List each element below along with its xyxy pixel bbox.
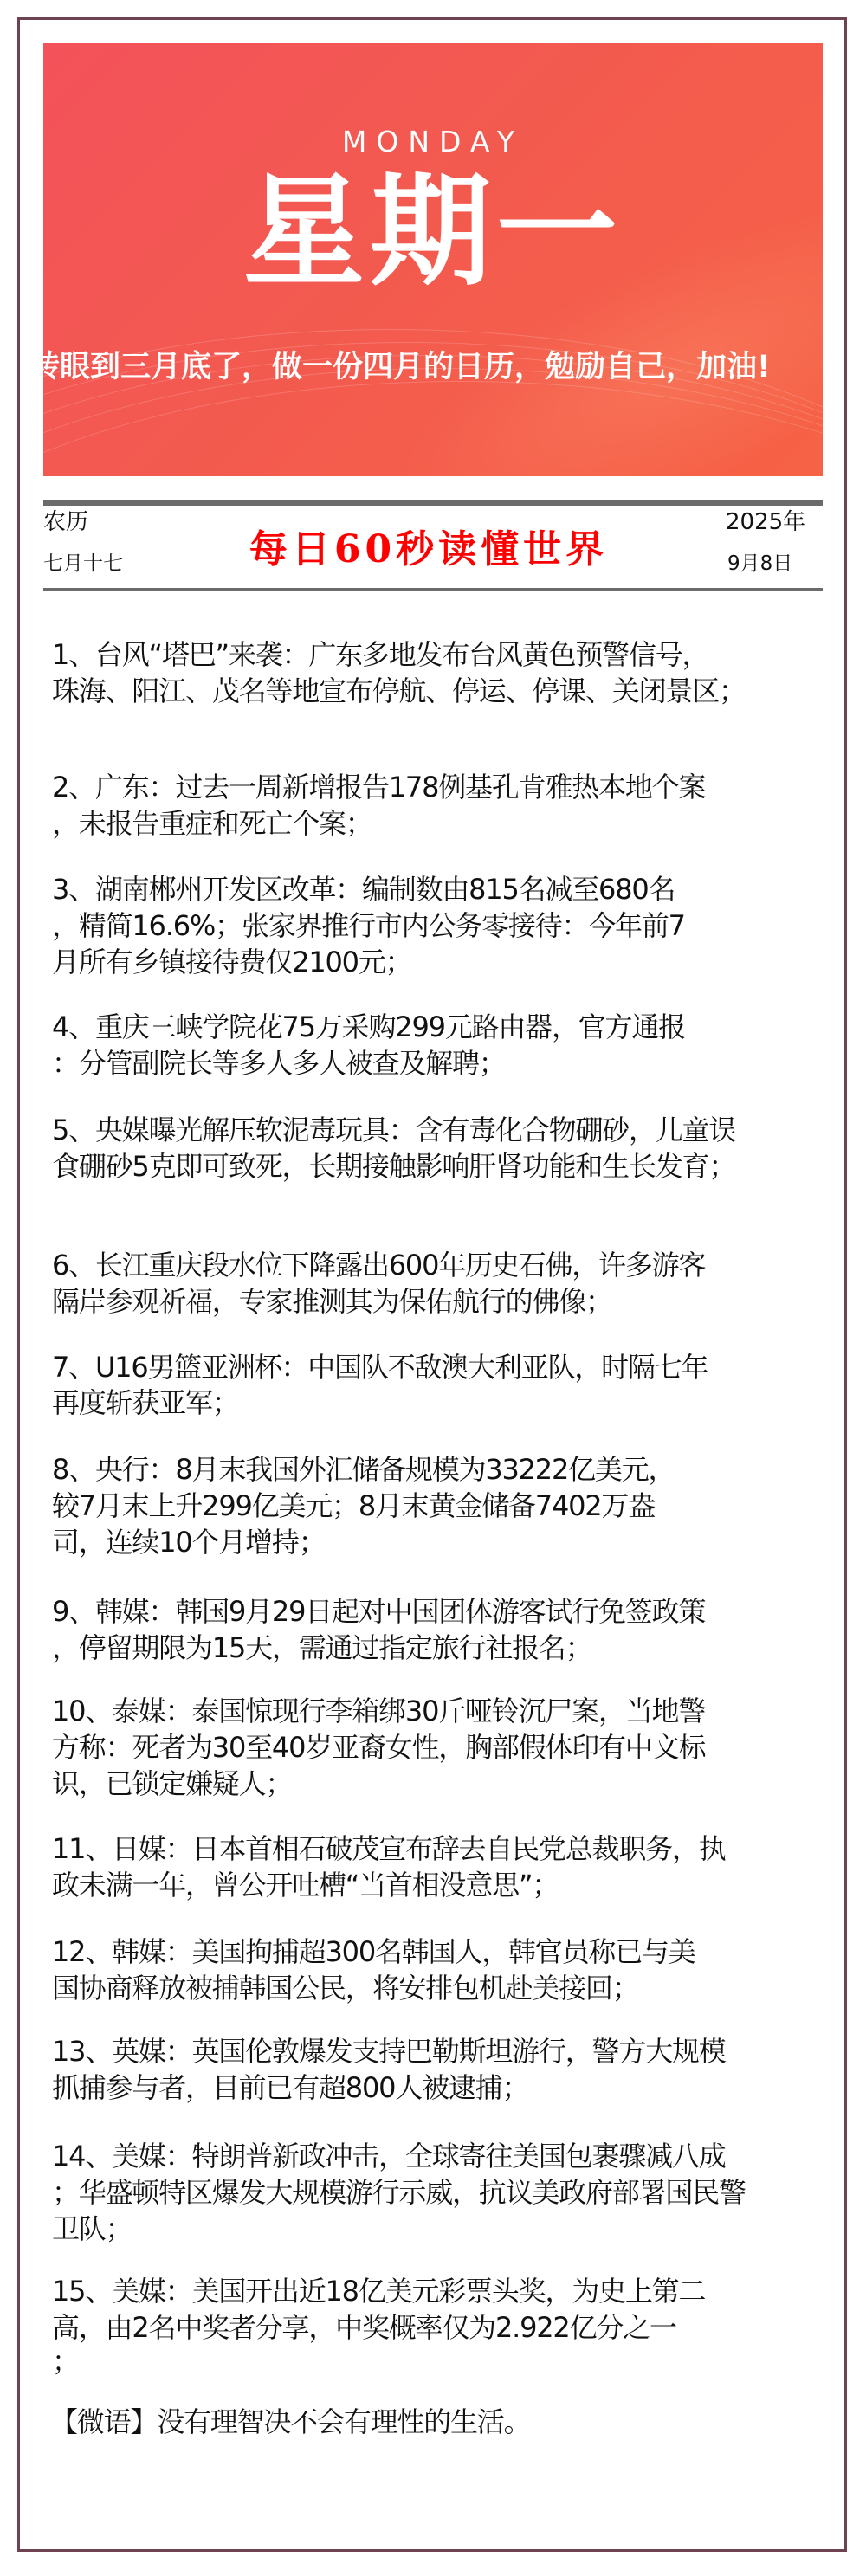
news-item-12-line: 国协商释放被捕韩国公民，将安排包机赴美接回；	[52, 1970, 639, 2006]
news-item-13-line: 13、英媒：英国伦敦爆发支持巴勒斯坦游行，警方大规模	[52, 2033, 726, 2069]
news-item-10-line: 方称：死者为30至40岁亚裔女性，胸部假体印有中文标	[52, 1729, 705, 1766]
weekday-banner: MONDAY 星期一 转眼到三月底了，做一份四月的日历，勉励自己，加油!	[43, 43, 823, 476]
lunar-label: 农历	[43, 509, 88, 535]
news-item-15-line: ；	[52, 2343, 79, 2379]
date-label: 9月8日	[727, 551, 792, 577]
news-item-7-line: 7、U16男篮亚洲杯：中国队不敌澳大利亚队，时隔七年	[52, 1349, 708, 1385]
news-item-12-line: 12、韩媒：美国拘捕超300名韩国人，韩官员称已与美	[52, 1934, 695, 1970]
news-item-15-line: 高，由2名中奖者分享，中奖概率仅为2.922亿分之一	[52, 2309, 676, 2346]
news-item-6-line: 隔岸参观祈福，专家推测其为保佑航行的佛像；	[52, 1283, 612, 1320]
news-item-9-line: 9、韩媒：韩国9月29日起对中国团体游客试行免签政策	[52, 1593, 705, 1630]
page-title: 每日60秒读懂世界	[227, 524, 630, 576]
news-item-8-line: 8、央行：8月末我国外汇储备规模为33222亿美元，	[52, 1451, 675, 1488]
news-item-8-line: 司，连续10个月增持；	[52, 1524, 326, 1560]
lunar-date: 七月十七	[43, 551, 123, 577]
news-item-14-line: 卫队；	[52, 2211, 132, 2247]
news-item-13-line: 抓捕参与者，目前已有超800人被逮捕；	[52, 2069, 528, 2106]
news-item-15-line: 15、美媒：美国开出近18亿美元彩票头奖，为史上第二	[52, 2273, 705, 2309]
news-item-2-line: ，未报告重症和死亡个案；	[52, 805, 372, 842]
news-item-10-line: 10、泰媒：泰国惊现行李箱绑30斤哑铃沉尸案，当地警	[52, 1693, 705, 1729]
news-item-5-line: 食硼砂5克即可致死，长期接触影响肝肾功能和生长发育；	[52, 1148, 735, 1185]
news-item-11-line: 政未满一年，曾公开吐槽“当首相没意思”；	[52, 1867, 559, 1903]
news-item-11-line: 11、日媒：日本首相石破茂宣布辞去自民党总裁职务，执	[52, 1830, 726, 1867]
news-item-6-line: 6、长江重庆段水位下降露出600年历史石佛，许多游客	[52, 1247, 705, 1283]
header-rule-bottom	[43, 588, 823, 591]
day-chinese: 星期一	[43, 163, 823, 301]
news-item-10-line: 识，已锁定嫌疑人；	[52, 1766, 292, 1802]
news-item-9-line: ，停留期限为15天，需通过指定旅行社报名；	[52, 1630, 592, 1666]
year-label: 2025年	[726, 509, 805, 535]
header-rule-top	[43, 500, 823, 506]
news-item-5-line: 5、央媒曝光解压软泥毒玩具：含有毒化合物硼砂，儿童误	[52, 1112, 735, 1148]
news-item-1-line: 珠海、阳江、茂名等地宣布停航、停运、停课、关闭景区；	[52, 673, 746, 709]
news-item-2-line: 2、广东：过去一周新增报告178例基孔肯雅热本地个案	[52, 769, 705, 805]
news-item-8-line: 较7月末上升299亿美元；8月末黄金储备7402万盎	[52, 1488, 655, 1524]
news-item-4-line: 4、重庆三峡学院花75万采购299元路由器，官方通报	[52, 1009, 685, 1045]
news-item-7-line: 再度斩获亚军；	[52, 1385, 239, 1421]
news-item-3-line: 月所有乡镇接待费仅2100元；	[52, 944, 411, 980]
day-english: MONDAY	[43, 126, 823, 158]
news-item-14-line: 14、美媒：特朗普新政冲击，全球寄往美国包裹骤减八成	[52, 2138, 726, 2174]
banner-slogan: 转眼到三月底了，做一份四月的日历，勉励自己，加油!	[43, 348, 823, 386]
daily-quote: 【微语】没有理智决不会有理性的生活。	[50, 2404, 530, 2440]
news-item-4-line: ：分管副院长等多人多人被查及解聘；	[52, 1045, 506, 1081]
news-item-14-line: ；华盛顿特区爆发大规模游行示威，抗议美政府部署国民警	[52, 2174, 746, 2211]
news-item-3-line: ，精简16.6%；张家界推行市内公务零接待：今年前7	[52, 907, 685, 944]
news-item-3-line: 3、湖南郴州开发区改革：编制数由815名减至680名	[52, 871, 675, 907]
news-item-1-line: 1、台风“塔巴”来袭：广东多地发布台风黄色预警信号，	[52, 636, 708, 673]
